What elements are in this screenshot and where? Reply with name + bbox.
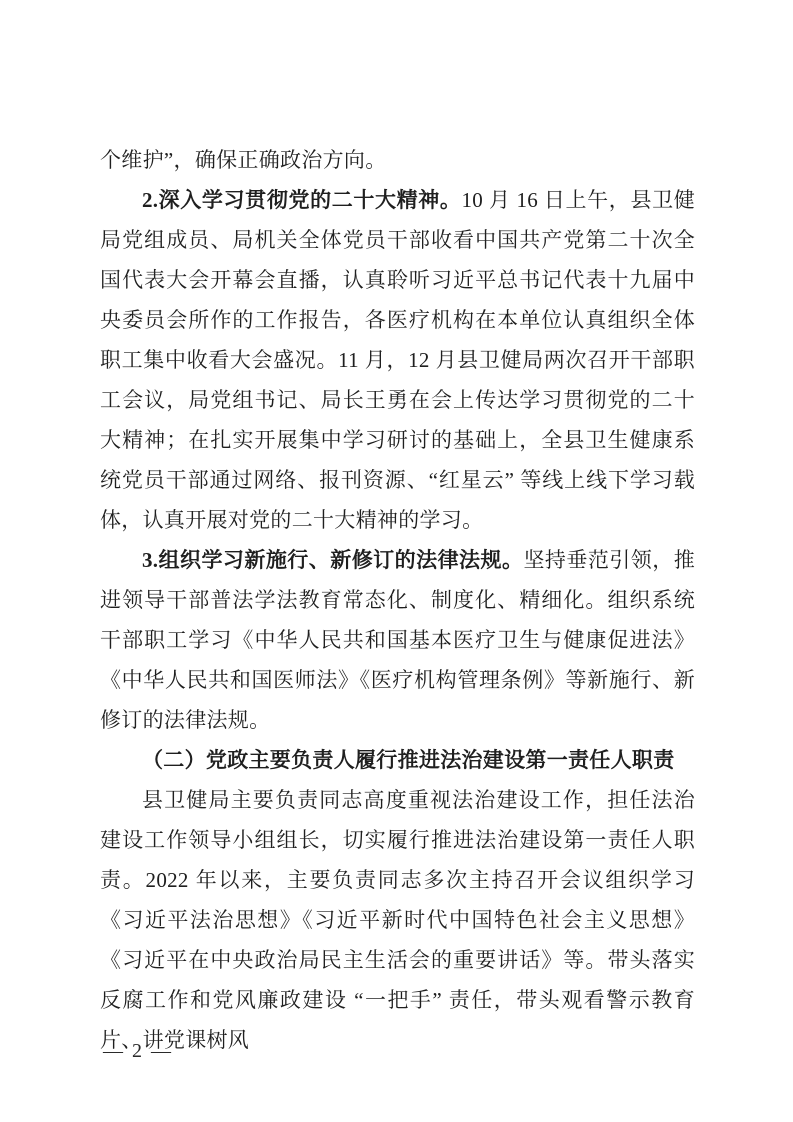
- section-heading-two-text: （二）党政主要负责人履行推进法治建设第一责任人职责: [142, 748, 675, 772]
- paragraph-continuation: 个维护”，确保正确政治方向。: [100, 140, 695, 180]
- paragraph-item-2: 2.深入学习贯彻党的二十大精神。10 月 16 日上午，县卫健局党组成员、局机关…: [100, 180, 695, 540]
- section-heading-two: （二）党政主要负责人履行推进法治建设第一责任人职责: [100, 740, 695, 780]
- document-body: 个维护”，确保正确政治方向。 2.深入学习贯彻党的二十大精神。10 月 16 日…: [100, 140, 695, 1060]
- item-2-text: 10 月 16 日上午，县卫健局党组成员、局机关全体党员干部收看中国共产党第二十…: [100, 188, 695, 532]
- item-3-heading: 3.组织学习新施行、新修订的法律法规。: [142, 548, 523, 572]
- page-number: — 2 —: [103, 1038, 173, 1064]
- item-3-text: 坚持垂范引领，推进领导干部普法学法教育常态化、制度化、精细化。组织系统干部职工学…: [100, 548, 695, 732]
- document-page: 个维护”，确保正确政治方向。 2.深入学习贯彻党的二十大精神。10 月 16 日…: [0, 0, 793, 1122]
- paragraph-responsibility: 县卫健局主要负责同志高度重视法治建设工作，担任法治建设工作领导小组组长，切实履行…: [100, 780, 695, 1060]
- paragraph-responsibility-text: 县卫健局主要负责同志高度重视法治建设工作，担任法治建设工作领导小组组长，切实履行…: [100, 788, 695, 1052]
- paragraph-item-3: 3.组织学习新施行、新修订的法律法规。坚持垂范引领，推进领导干部普法学法教育常态…: [100, 540, 695, 740]
- item-2-heading: 2.深入学习贯彻党的二十大精神。: [142, 188, 461, 212]
- paragraph-continuation-text: 个维护”，确保正确政治方向。: [100, 148, 387, 172]
